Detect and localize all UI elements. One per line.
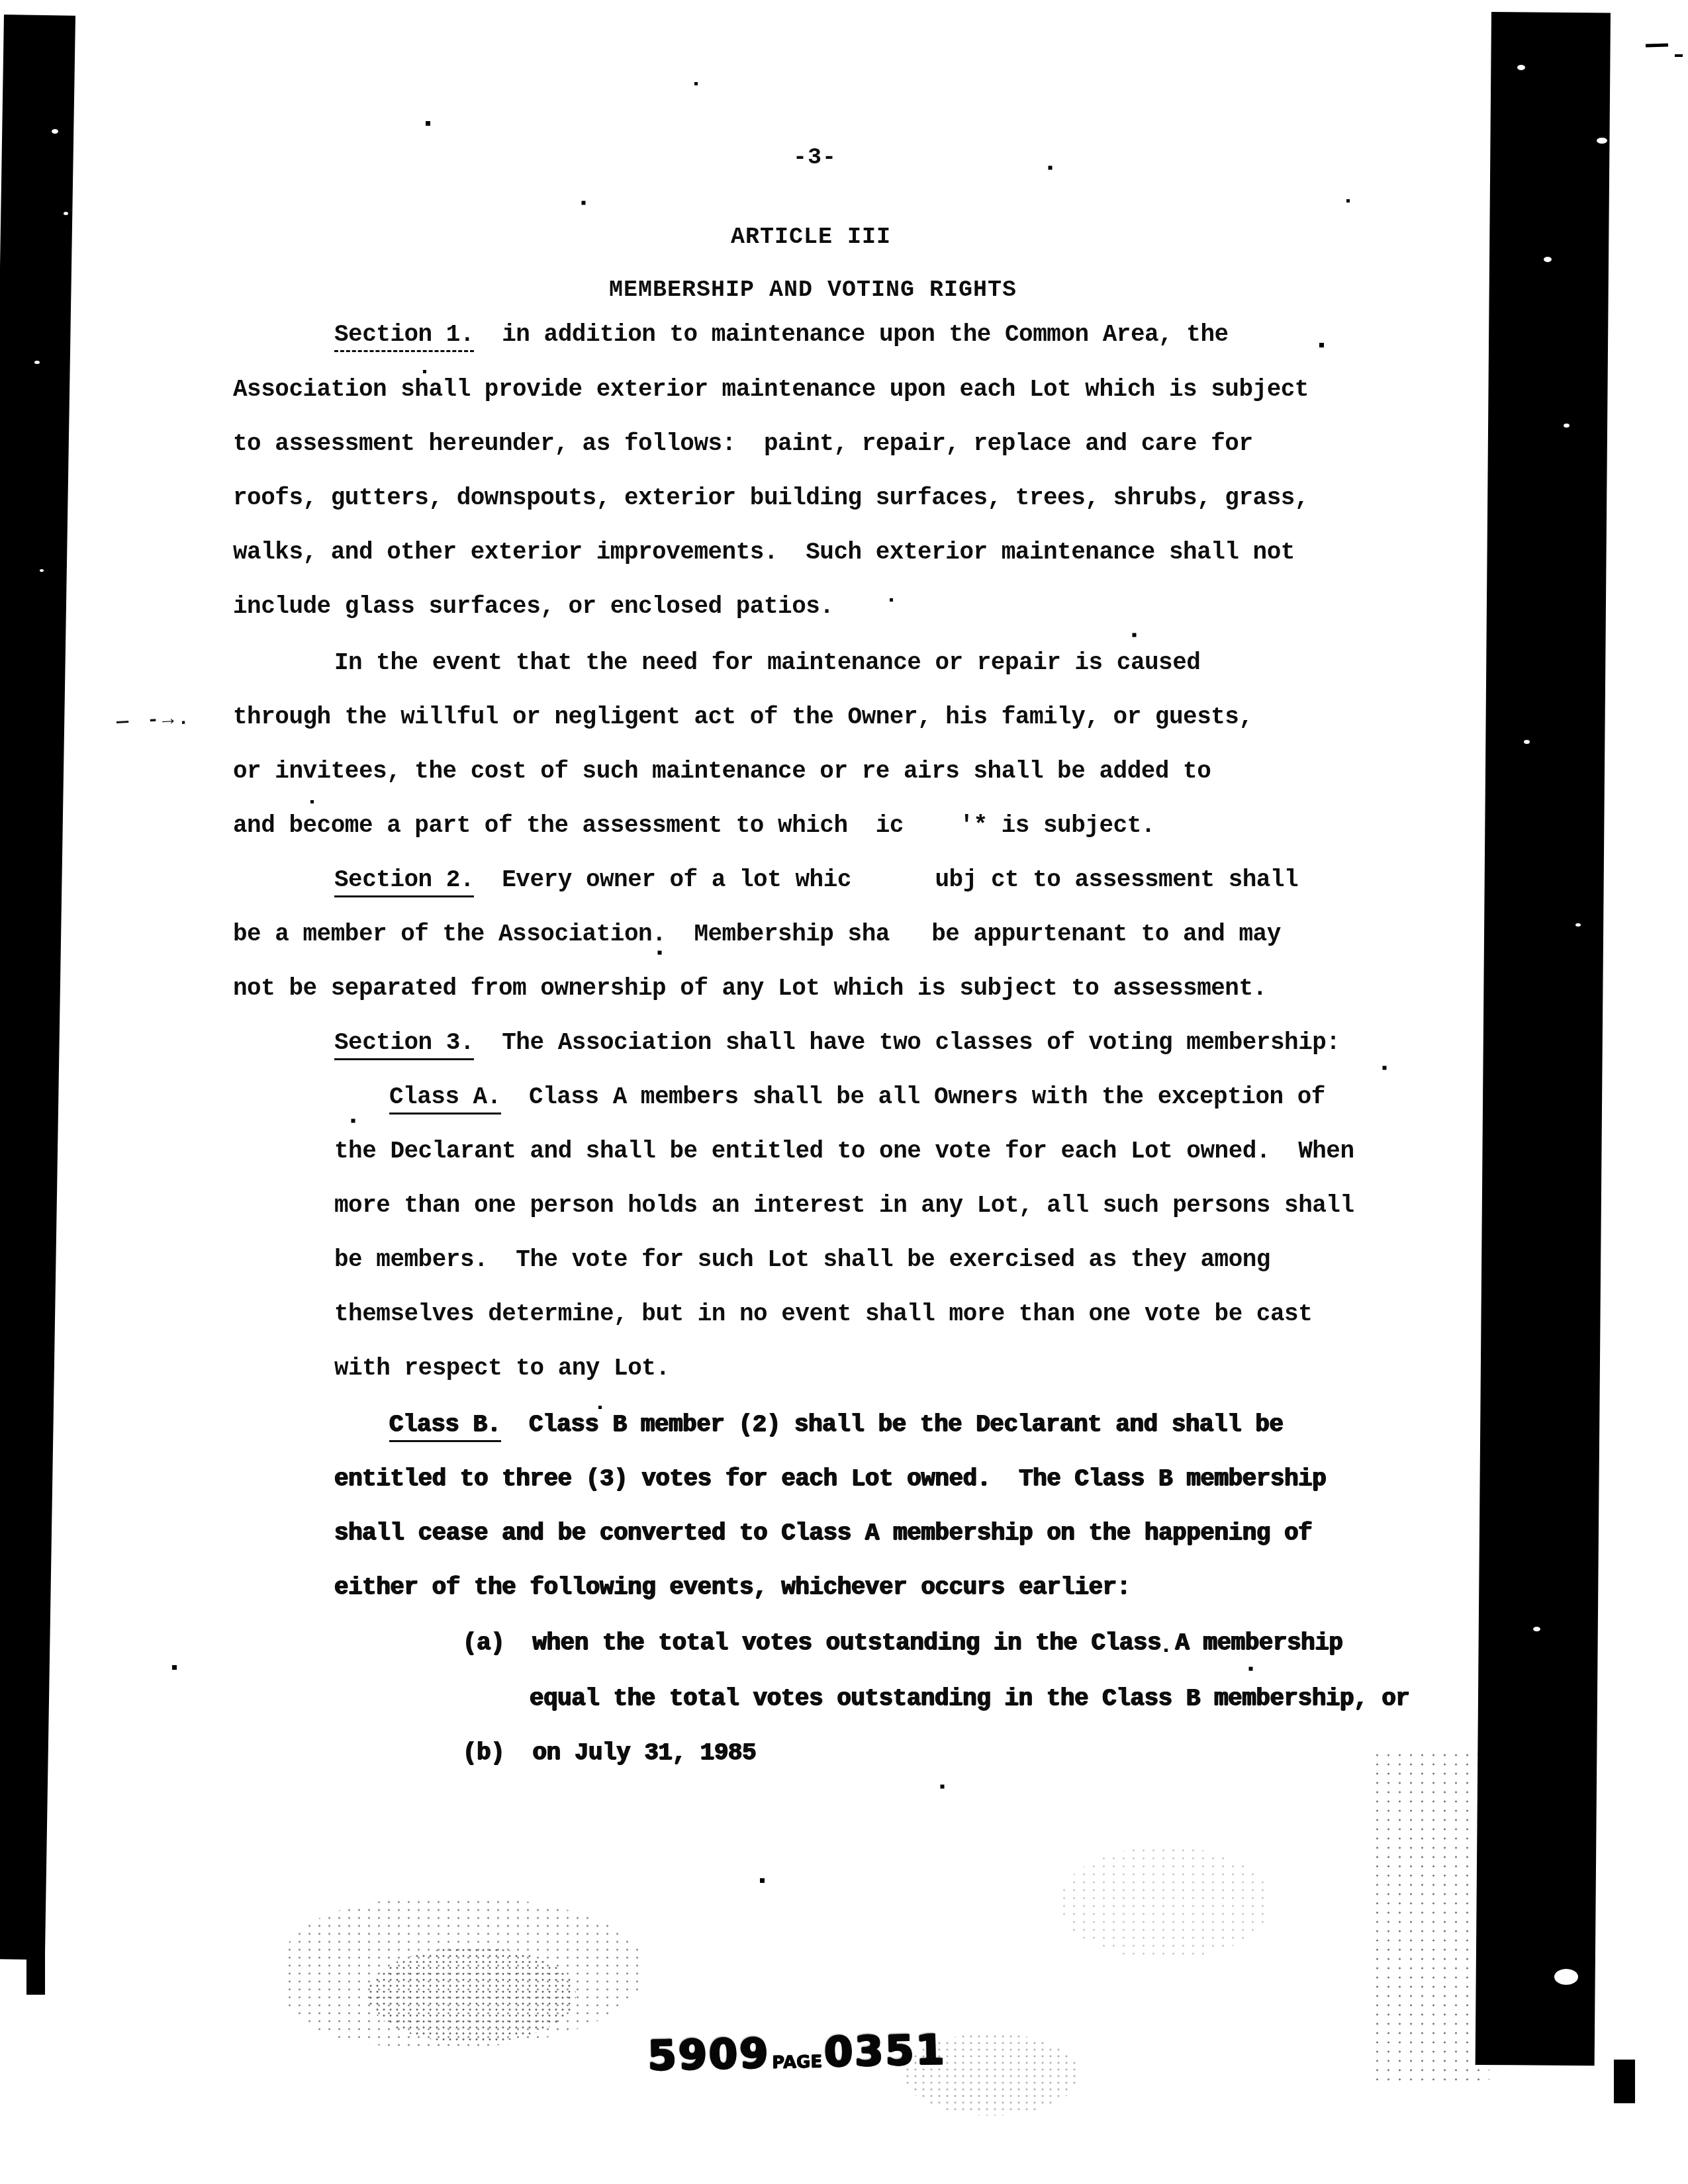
line-text: Class B member (2) shall be the Declaran… [501,1411,1284,1438]
recorder-stamp: 5909PAGE0351 [647,2025,946,2079]
text-line: through the willful or negligent act of … [233,704,1253,731]
text-line: the Declarant and shall be entitled to o… [334,1138,1354,1165]
text-line: themselves determine, but in no event sh… [334,1300,1312,1328]
stamp-page-word: PAGE [772,2052,823,2073]
line-text: and become a part of the assessment to w… [233,812,1155,839]
text-line: Section 1. in addition to maintenance up… [334,321,1229,352]
line-text: walks, and other exterior improvements. … [233,539,1295,566]
text-line: In the event that the need for maintenan… [334,649,1200,676]
text-line: Association shall provide exterior maint… [233,376,1309,403]
text-line: or invitees, the cost of such maintenanc… [233,758,1211,785]
line-text: In the event that the need for maintenan… [334,649,1200,676]
line-text: The Association shall have two classes o… [474,1029,1340,1056]
line-text: more than one person holds an interest i… [334,1192,1354,1219]
line-text: roofs, gutters, downspouts, exterior bui… [233,484,1309,512]
text-line: Section 3. The Association shall have tw… [334,1029,1340,1060]
document-body: Section 1. in addition to maintenance up… [0,0,1688,2184]
line-text: the Declarant and shall be entitled to o… [334,1138,1354,1165]
line-text: (a) when the total votes outstanding in … [463,1629,1343,1657]
line-text: be a member of the Association. Membersh… [233,921,1281,948]
line-text: Every owner of a lot whic ubj ct to asse… [474,866,1298,893]
text-line: (b) on July 31, 1985 [463,1739,756,1766]
text-line: and become a part of the assessment to w… [233,812,1155,839]
text-line: roofs, gutters, downspouts, exterior bui… [233,484,1309,512]
text-line: be a member of the Association. Membersh… [233,921,1281,948]
line-text: through the willful or negligent act of … [233,704,1253,731]
line-text: either of the following events, whicheve… [334,1574,1131,1601]
text-line: either of the following events, whicheve… [334,1574,1131,1601]
text-line: with respect to any Lot. [334,1355,669,1382]
text-line: include glass surfaces, or enclosed pati… [233,593,833,620]
text-line: more than one person holds an interest i… [334,1192,1354,1219]
line-text: Association shall provide exterior maint… [233,376,1309,403]
underlined-label: Section 1. [334,321,474,352]
text-line: be members. The vote for such Lot shall … [334,1246,1270,1273]
text-line: to assessment hereunder, as follows: pai… [233,430,1253,457]
stamp-page-number: 0351 [823,2025,947,2075]
text-line: shall cease and be converted to Class A … [334,1520,1312,1547]
line-text: shall cease and be converted to Class A … [334,1520,1312,1547]
text-line: (a) when the total votes outstanding in … [463,1629,1343,1657]
text-line: Section 2. Every owner of a lot whic ubj… [334,866,1298,897]
stamp-book-number: 5909 [647,2028,770,2079]
line-text: equal the total votes outstanding in the… [530,1685,1410,1712]
underlined-label: Section 2. [334,866,474,897]
line-text: or invitees, the cost of such maintenanc… [233,758,1211,785]
line-text: themselves determine, but in no event sh… [334,1300,1312,1328]
line-text: with respect to any Lot. [334,1355,669,1382]
underlined-label: Class A. [389,1083,501,1115]
line-text: not be separated from ownership of any L… [233,975,1267,1002]
line-text: (b) on July 31, 1985 [463,1739,756,1766]
line-text: entitled to three (3) votes for each Lot… [334,1465,1326,1492]
line-text: be members. The vote for such Lot shall … [334,1246,1270,1273]
underlined-label: Section 3. [334,1029,474,1060]
line-text: Class A members shall be all Owners with… [501,1083,1325,1111]
text-line: Class A. Class A members shall be all Ow… [389,1083,1325,1115]
text-line: not be separated from ownership of any L… [233,975,1267,1002]
margin-pencil-mark: — -→. [116,707,193,734]
line-text: to assessment hereunder, as follows: pai… [233,430,1253,457]
text-line: Class B. Class B member (2) shall be the… [389,1411,1284,1442]
line-text: include glass surfaces, or enclosed pati… [233,593,833,620]
scanned-document-page: -3- ARTICLE III MEMBERSHIP AND VOTING RI… [0,0,1688,2184]
text-line: equal the total votes outstanding in the… [530,1685,1410,1712]
underlined-label: Class B. [389,1411,501,1442]
text-line: entitled to three (3) votes for each Lot… [334,1465,1326,1492]
line-text: in addition to maintenance upon the Comm… [474,321,1229,348]
text-line: walks, and other exterior improvements. … [233,539,1295,566]
